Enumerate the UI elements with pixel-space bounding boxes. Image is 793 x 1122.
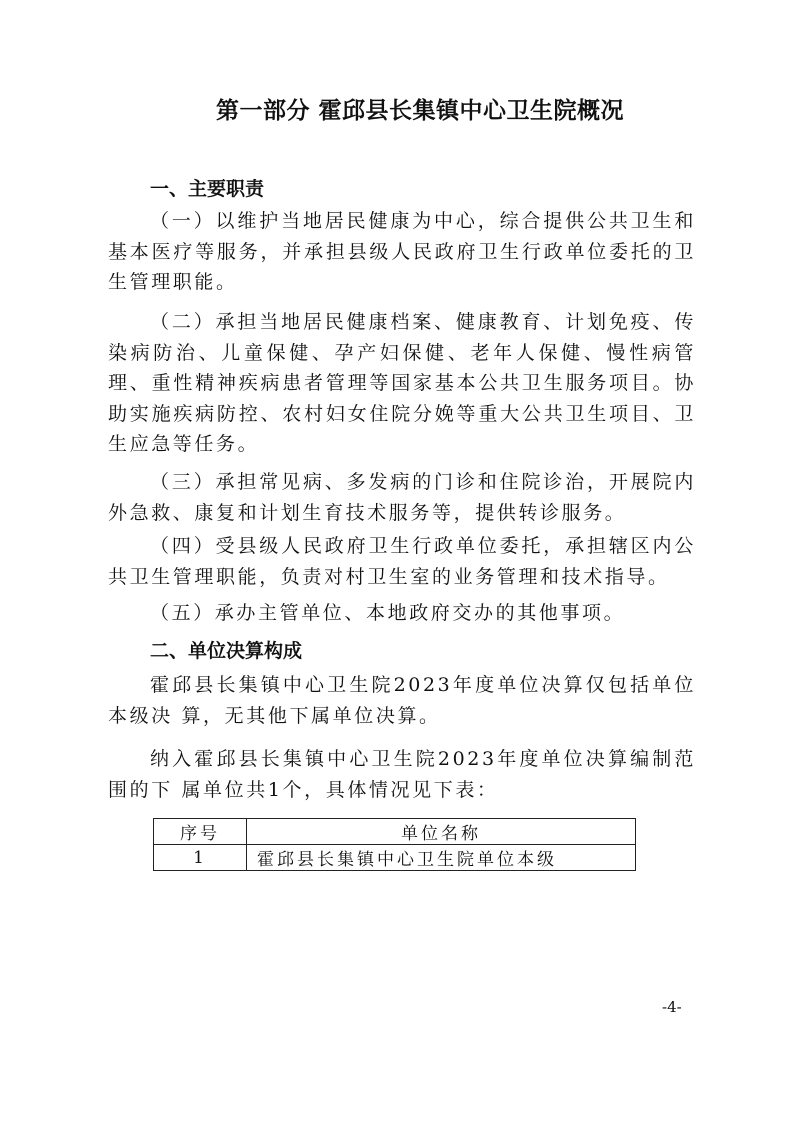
cell-serial-number: 1	[154, 845, 247, 871]
cell-unit-name: 霍邱县长集镇中心卫生院单位本级	[247, 845, 636, 871]
section-heading-duties: 一、主要职责	[150, 174, 264, 201]
paragraph-duty-2: （二）承担当地居民健康档案、健康教育、计划免疫、传染病防治、儿童保健、孕产妇保健…	[108, 307, 696, 460]
paragraph-duty-3: （三）承担常见病、多发病的门诊和住院诊治，开展院内外急救、康复和计划生育技术服务…	[108, 467, 696, 528]
units-table: 序号 单位名称 1 霍邱县长集镇中心卫生院单位本级	[153, 818, 636, 871]
table-header-row: 序号 单位名称	[154, 819, 636, 845]
paragraph-duty-1: （一）以维护当地居民健康为中心，综合提供公共卫生和基本医疗等服务，并承担县级人民…	[108, 206, 696, 298]
page-title: 第一部分 霍邱县长集镇中心卫生院概况	[0, 92, 793, 125]
paragraph-duty-5: （五）承办主管单位、本地政府交办的其他事项。	[108, 598, 696, 629]
paragraph-budget-2: 纳入霍邱县长集镇中心卫生院2023年度单位决算编制范围的下 属单位共1个，具体情…	[108, 744, 696, 805]
header-serial-number: 序号	[154, 819, 247, 845]
paragraph-budget-1: 霍邱县长集镇中心卫生院2023年度单位决算仅包括单位本级决 算，无其他下属单位决…	[108, 670, 696, 731]
section-heading-budget-composition: 二、单位决算构成	[150, 636, 302, 663]
paragraph-duty-4: （四）受县级人民政府卫生行政单位委托，承担辖区内公共卫生管理职能，负责对村卫生室…	[108, 531, 696, 592]
table-row: 1 霍邱县长集镇中心卫生院单位本级	[154, 845, 636, 871]
header-unit-name: 单位名称	[247, 819, 636, 845]
page-number: -4-	[662, 998, 682, 1016]
